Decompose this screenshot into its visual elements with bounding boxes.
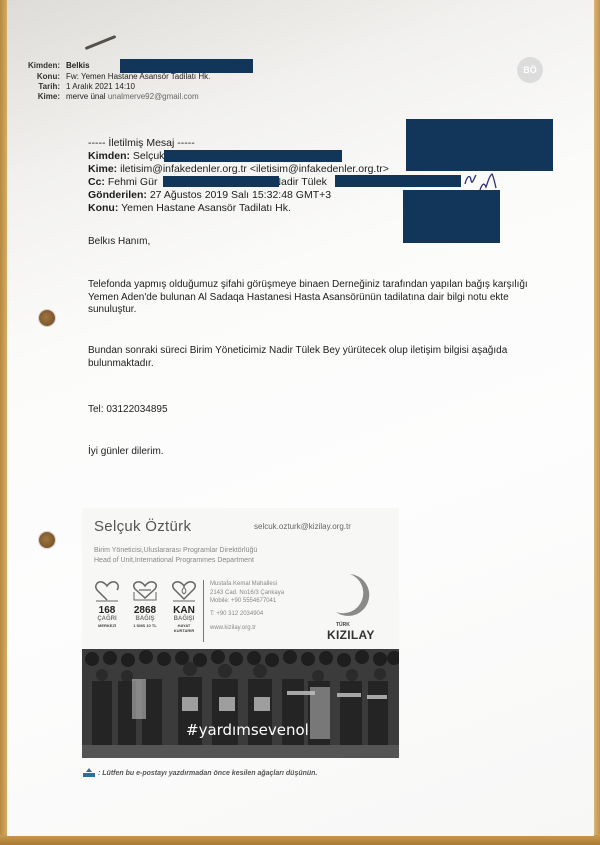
date-value: 1 Aralık 2021 14:10 — [66, 82, 135, 92]
forwarded-from: Kimden: Selçuk — [88, 150, 164, 163]
forwarded-sent: Gönderilen: 27 Ağustos 2019 Salı 15:32:4… — [88, 189, 331, 202]
redaction-box — [120, 59, 253, 73]
redaction-box — [335, 175, 461, 187]
call-center-block: 168 ÇAĞRI MERKEZİ — [92, 580, 122, 628]
hashtag: #yardımsevenol — [186, 721, 309, 739]
redaction-box — [163, 176, 279, 187]
handwritten-mark — [462, 170, 507, 192]
crescent-logo-icon — [328, 572, 372, 618]
signature-divider — [203, 580, 204, 642]
punch-hole-top — [39, 310, 55, 326]
mobile: Mobile: +90 5554677041 — [210, 597, 284, 606]
heart-envelope-icon — [132, 580, 158, 602]
greeting: Belkıs Hanım, — [88, 236, 538, 249]
signature-icons: 168 ÇAĞRI MERKEZİ 2868 BAĞIŞ 1 SMS 10 TL… — [92, 580, 204, 645]
signature-title: Birim Yöneticisi,Uluslararası Programlar… — [94, 546, 257, 566]
address-line-2: 2143 Cad. No16/3 Çankaya — [210, 589, 284, 598]
phone-number: Tel: 03122034895 — [88, 404, 538, 417]
subject-value: Fw: Yemen Hastane Asansör Tadilatı Hk. — [66, 72, 210, 82]
signature-email[interactable]: selcuk.ozturk@kizilay.org.tr — [254, 522, 351, 531]
date-label: Tarih: — [0, 82, 60, 92]
heart-phone-icon — [94, 580, 120, 602]
body-paragraph-2: Bundan sonraki süreci Birim Yöneticimiz … — [88, 345, 538, 370]
signature-name: Selçuk Öztürk — [94, 518, 191, 535]
printer-tree-icon — [82, 768, 96, 778]
from-value: Belkis — [66, 61, 90, 71]
address-line-1: Mustafa Kemal Mahallesi — [210, 580, 284, 589]
website-link[interactable]: www.kizilay.org.tr — [210, 624, 284, 633]
closing: İyi günler dilerim. — [88, 446, 538, 459]
subject-label: Konu: — [0, 72, 60, 82]
email-signature: Selçuk Öztürk selcuk.ozturk@kizilay.org.… — [82, 508, 399, 758]
forwarded-separator: ----- İletilmiş Mesaj ----- — [88, 137, 195, 150]
heart-drop-icon — [171, 580, 197, 602]
historical-photo: #yardımsevenol — [82, 649, 399, 758]
desk-surface-right — [594, 0, 600, 845]
telephone: T: +90 312 2034904 — [210, 610, 284, 619]
from-label: Kimden: — [0, 61, 60, 71]
blood-donation-block: KAN BAĞIŞI HAYAT KURTARIR — [169, 580, 199, 633]
print-notice: : Lütfen bu e-postayı yazdırmadan önce k… — [82, 768, 317, 778]
forwarded-subject: Konu: Yemen Hastane Asansör Tadilatı Hk. — [88, 202, 291, 215]
signature-contact: Mustafa Kemal Mahallesi 2143 Cad. No16/3… — [210, 580, 284, 633]
desk-surface-bottom — [0, 835, 600, 845]
redaction-box — [164, 150, 342, 162]
logo-kizilay: KIZILAY — [327, 628, 375, 642]
to-value: merve ünal unalmerve92@gmail.com — [66, 92, 199, 102]
body-paragraph-1: Telefonda yapmış olduğumuz şifahi görüşm… — [88, 279, 538, 317]
donation-block: 2868 BAĞIŞ 1 SMS 10 TL — [130, 580, 160, 628]
sender-avatar: BÖ — [517, 57, 543, 83]
staple — [85, 35, 117, 50]
punch-hole-bottom — [39, 532, 55, 548]
crowd-photo-illustration — [82, 649, 399, 758]
redaction-box — [406, 119, 553, 171]
to-label: Kime: — [0, 92, 60, 102]
